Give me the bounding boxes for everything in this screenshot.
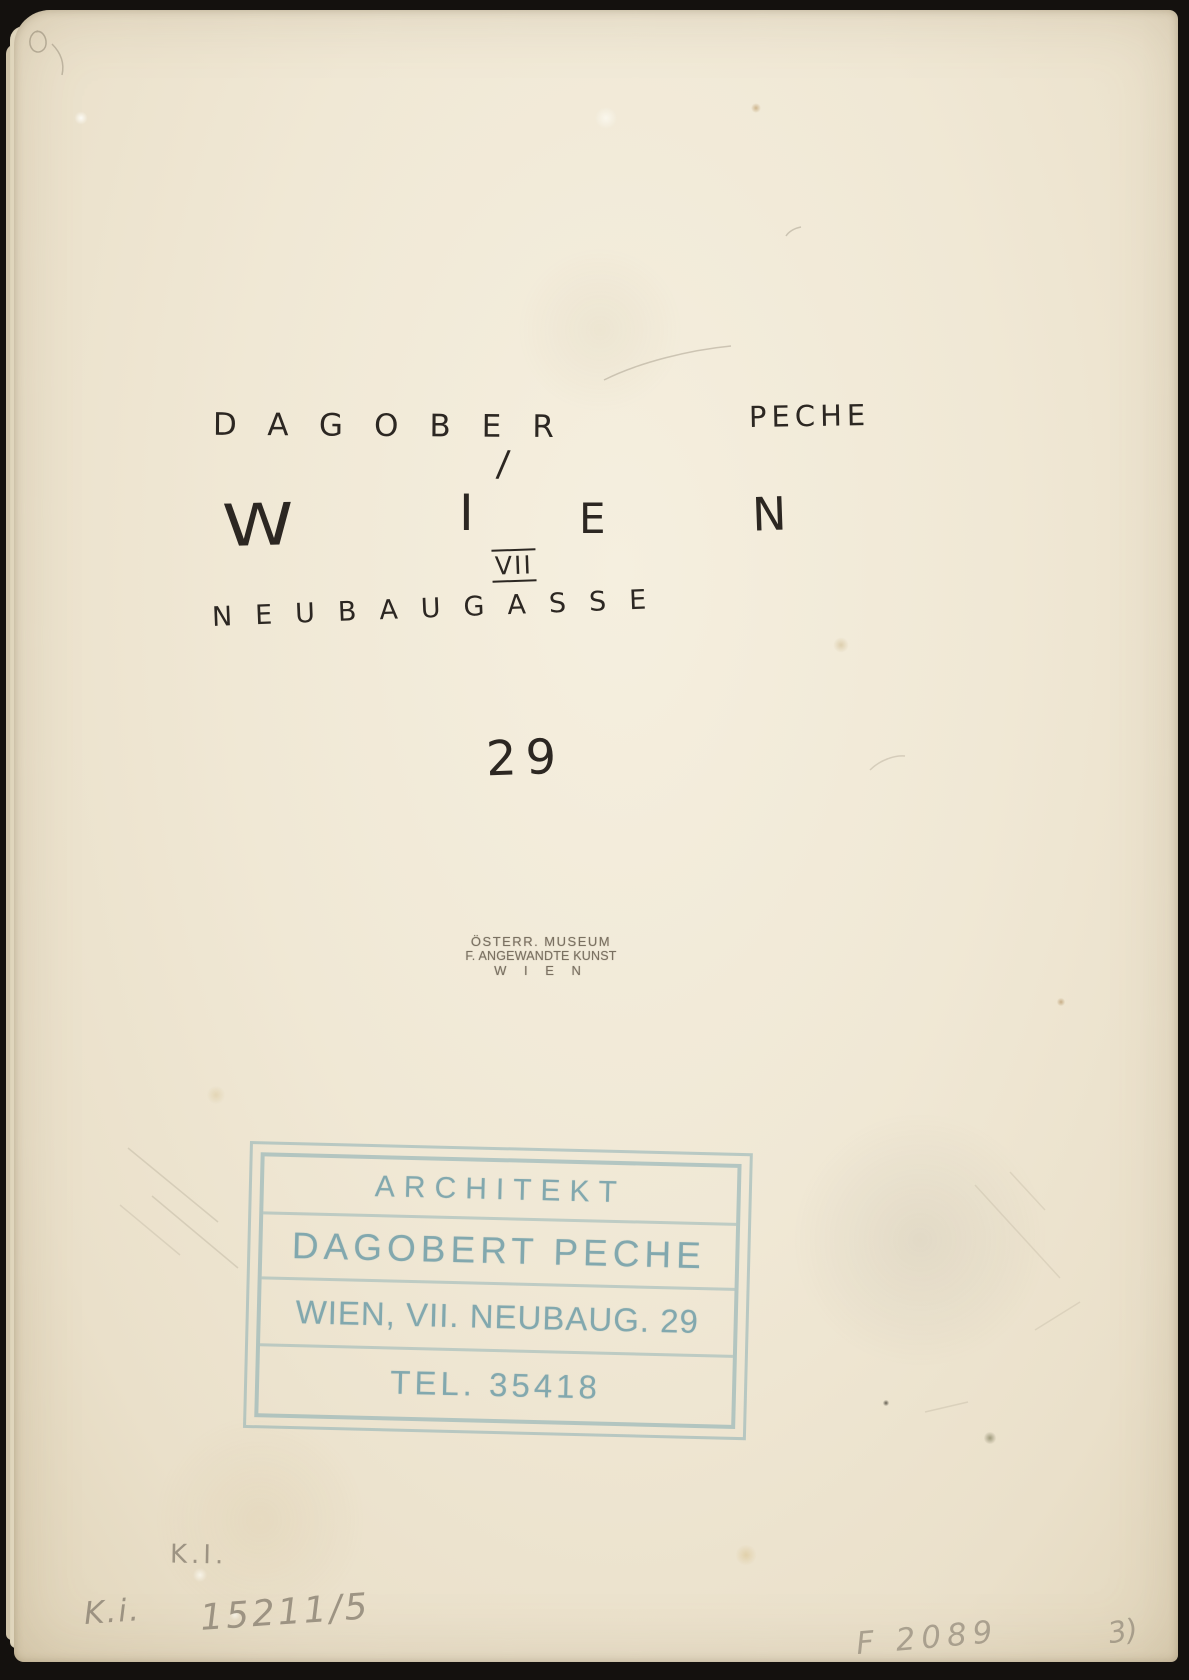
pencil-bottom-right-suffix: 3) <box>1105 1612 1140 1651</box>
pencil-ki-mark: K.I. <box>170 1540 228 1571</box>
handwritten-first-name: DAGOBER <box>213 407 585 446</box>
handwritten-letter-i: I <box>459 484 474 542</box>
scanned-document: DAGOBER PECHE / W I E N VII NEUBAUGASSE … <box>0 0 1189 1680</box>
handwritten-district-numeral: VII <box>491 548 536 583</box>
architect-rubber-stamp: ARCHITEKT DAGOBERT PECHE WIEN, VII. NEUB… <box>243 1141 753 1440</box>
architect-stamp-address: WIEN, VII. NEUBAUG. 29 <box>260 1279 734 1358</box>
architect-stamp-phone: TEL. 35418 <box>258 1346 732 1425</box>
handwritten-letter-e: E <box>579 494 606 543</box>
museum-stamp: ÖSTERR. MUSEUM F. ANGEWANDTE KUNST W I E… <box>451 934 631 978</box>
museum-stamp-line3: W I E N <box>451 963 631 978</box>
pencil-ki-mark-lower: K.i. <box>83 1592 142 1632</box>
handwritten-last-name: PECHE <box>749 398 871 434</box>
handwritten-house-number: 29 <box>485 729 566 788</box>
architect-stamp-inner-border: ARCHITEKT DAGOBERT PECHE WIEN, VII. NEUB… <box>254 1152 741 1429</box>
architect-stamp-name: DAGOBERT PECHE <box>262 1214 736 1291</box>
museum-stamp-line2: F. ANGEWANDTE KUNST <box>451 949 631 963</box>
handwritten-letter-w: W <box>221 490 296 560</box>
handwritten-letter-n: N <box>751 486 787 541</box>
museum-stamp-line1: ÖSTERR. MUSEUM <box>451 934 631 949</box>
